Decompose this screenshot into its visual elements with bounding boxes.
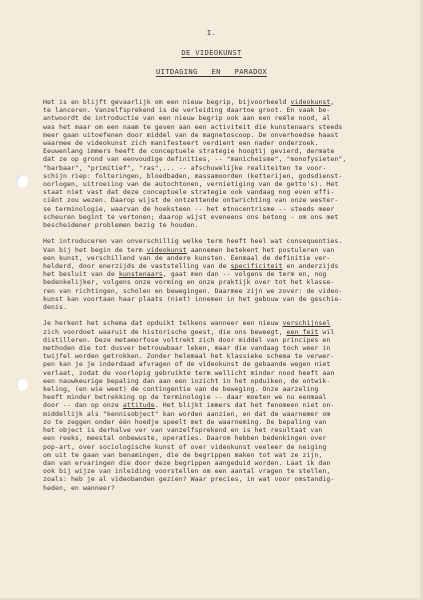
text-line: kunst kan voortaan haar plaats (niet) in… <box>43 295 403 303</box>
text-line: schijn riep: folteringen, bloedbaden, ma… <box>43 172 403 180</box>
text-line: het besluit van de kunstenaars, gaat men… <box>43 270 403 278</box>
underlined-term: verschijnsel <box>283 319 331 327</box>
text-segment: zo te zeggen onder één hoedje speelt met… <box>43 418 326 426</box>
text-line: Het is en blijft gevaarlijk om een nieuw… <box>43 98 403 106</box>
text-segment: Het introduceren van onverschillig welke… <box>43 237 342 245</box>
text-line: door -- dan op onze attitude. Het blijkt… <box>43 401 403 409</box>
text-line: om uit te gaan van benamingen, die de be… <box>43 451 403 459</box>
text-segment: ciënt zou wezen. Daarop wijst de ontzett… <box>43 196 338 204</box>
text-line: staat niet vast dat deze conceptuele str… <box>43 188 403 196</box>
text-line: "barbaar", "primitief", "ras",... -- afs… <box>43 164 403 172</box>
text-line: methoden die tot dusver betrouwbaar leke… <box>43 344 403 352</box>
text-segment: zich voordoet waaruit de historische gee… <box>43 328 286 336</box>
text-segment: heden, en wanneer? <box>43 484 115 492</box>
text-line: twijfel worden getrokken. Zonder helemaa… <box>43 352 403 360</box>
text-segment: meer gaan uitoefenen door middel van de … <box>43 131 338 139</box>
text-segment: denis. <box>43 303 67 311</box>
text-segment: ook bij wijze van inleiding voorstellen … <box>43 467 330 475</box>
text-segment: staat niet vast dat deze conceptuele str… <box>43 188 334 196</box>
punch-hole-top <box>16 174 28 188</box>
text-line: ook bij wijze van inleiding voorstellen … <box>43 467 403 475</box>
text-segment: pop-art, over sociologische kunst of ove… <box>43 443 326 451</box>
text-segment: was het maar om een naam te geven aan ee… <box>43 123 342 131</box>
underlined-term: videokunst <box>147 246 187 254</box>
text-segment: verlaat, zodat de voorlopig gebruikte te… <box>43 369 334 377</box>
typewritten-page: I. DE VIDEOKUNST UITDAGING EN PARADOX He… <box>0 0 423 600</box>
text-segment: kunst kan voortaan haar plaats (niet) in… <box>43 295 342 303</box>
text-segment: , gaat men dan -- volgens de term en, no… <box>163 270 327 278</box>
text-line: was het maar om een naam te geven aan ee… <box>43 123 403 131</box>
page-title: DE VIDEOKUNST <box>0 48 423 57</box>
text-segment: Van bij het begin de term <box>43 246 147 254</box>
underlined-term: attitude <box>123 401 155 409</box>
text-line: het object is derhalve ver van vanzelfsp… <box>43 426 403 434</box>
text-segment: "barbaar", "primitief", "ras",... -- afs… <box>43 164 326 172</box>
text-segment: keling, (en wie weet) de contingentie va… <box>43 385 318 393</box>
text-line: oorlogen, uitroeiing van de autochtonen,… <box>43 180 403 188</box>
text-line: scheuren begint te vertonen; daarop wijs… <box>43 213 403 221</box>
text-segment: heeft minder betrekking op de terminolog… <box>43 393 326 401</box>
paragraph: Je herkent het schema dat opduikt telken… <box>43 319 403 491</box>
text-segment: te lanceren. Vanzelfsprekend is de verle… <box>43 106 330 114</box>
text-segment: distilleren. Deze metamorfose voltrekt z… <box>43 336 330 344</box>
text-segment: se terminologie, waarvan de hoeksteen --… <box>43 205 334 213</box>
paragraph: Het is en blijft gevaarlijk om een nieuw… <box>43 98 403 229</box>
text-line: zo te zeggen onder één hoedje speelt met… <box>43 418 403 426</box>
body-text: Het is en blijft gevaarlijk om een nieuw… <box>43 98 403 500</box>
underlined-term: een feit <box>286 328 318 336</box>
text-segment: door -- dan op onze <box>43 401 123 409</box>
text-segment: wil <box>318 328 334 336</box>
text-line: Je herkent het schema dat opduikt telken… <box>43 319 403 327</box>
paragraph: Het introduceren van onverschillig welke… <box>43 237 403 311</box>
text-segment: een reeks, meestal onbewuste, operaties.… <box>43 434 326 442</box>
text-line: verlaat, zodat de voorlopig gebruikte te… <box>43 369 403 377</box>
text-segment: scheuren begint te vertonen; daarop wijs… <box>43 213 338 221</box>
text-segment: Het is en blijft gevaarlijk om een nieuw… <box>43 98 290 106</box>
text-segment: zoals: heb je al videobanden gezien? Waa… <box>43 475 334 483</box>
text-line: ren van richtingen, scholen en beweginge… <box>43 287 403 295</box>
text-line: Het introduceren van onverschillig welke… <box>43 237 403 245</box>
text-line: zich voordoet waaruit de historische gee… <box>43 328 403 336</box>
text-line: dan van ervaringen die door deze begripp… <box>43 459 403 467</box>
text-segment: , <box>330 98 334 106</box>
text-line: helderd, door enerzijds de vaststelling … <box>43 262 403 270</box>
text-segment: twijfel worden getrokken. Zonder helemaa… <box>43 352 334 360</box>
underlined-term: specificiteit <box>231 262 283 270</box>
text-segment: ren van richtingen, scholen en beweginge… <box>43 287 342 295</box>
text-line: Van bij het begin de term videokunst aan… <box>43 246 403 254</box>
text-segment: middellijk als "kennisobject" kan worden… <box>43 410 330 418</box>
text-line: zoals: heb je al videobanden gezien? Waa… <box>43 475 403 483</box>
underlined-term: videokunst <box>290 98 330 106</box>
text-segment: het besluit van de <box>43 270 119 278</box>
text-line: denis. <box>43 303 403 311</box>
text-line: se terminologie, waarvan de hoeksteen --… <box>43 205 403 213</box>
text-segment: een kunst, verschillend van de andere ku… <box>43 254 330 262</box>
text-segment: . Het blijkt immers dat het fenomeen nie… <box>155 401 335 409</box>
text-segment: een nauwkeurige bepaling dan aan een inz… <box>43 377 330 385</box>
text-line: een nauwkeurige bepaling dan aan een inz… <box>43 377 403 385</box>
text-segment: pen kan je je inderdaad afvragen of de v… <box>43 360 330 368</box>
text-segment: aannemen betekent het postuleren van <box>187 246 335 254</box>
text-segment: dan van ervaringen die door deze begripp… <box>43 459 330 467</box>
text-line: middellijk als "kennisobject" kan worden… <box>43 410 403 418</box>
text-segment: waarmee de videokunst zich manifesteert … <box>43 139 318 147</box>
text-line: bedenkelijker, volgens onze vorming en o… <box>43 278 403 286</box>
text-line: bescheidener problemen bezig te houden. <box>43 221 403 229</box>
text-line: pop-art, over sociologische kunst of ove… <box>43 443 403 451</box>
text-line: keling, (en wie weet) de contingentie va… <box>43 385 403 393</box>
page-subtitle-text: UITDAGING EN PARADOX <box>156 67 267 76</box>
text-segment: het object is derhalve ver van vanzelfsp… <box>43 426 322 434</box>
text-segment: om uit te gaan van benamingen, die de be… <box>43 451 322 459</box>
text-line: een kunst, verschillend van de andere ku… <box>43 254 403 262</box>
text-segment: Je herkent het schema dat opduikt telken… <box>43 319 283 327</box>
punch-hole-bottom <box>16 377 28 391</box>
text-segment: antwoordt de introductie van een nieuw b… <box>43 114 330 122</box>
text-segment: methoden die tot dusver betrouwbaar leke… <box>43 344 330 352</box>
text-segment: bescheidener problemen bezig te houden. <box>43 221 199 229</box>
text-line: ciënt zou wezen. Daarop wijst de ontzett… <box>43 196 403 204</box>
text-line: dat ze op grond van eenvoudige definitie… <box>43 155 403 163</box>
text-segment: bedenkelijker, volgens onze vorming en o… <box>43 278 334 286</box>
text-segment: Eeuwenlang immers heeft de conceptuele s… <box>43 147 334 155</box>
text-line: heden, en wanneer? <box>43 484 403 492</box>
text-line: antwoordt de introductie van een nieuw b… <box>43 114 403 122</box>
text-line: heeft minder betrekking op de terminolog… <box>43 393 403 401</box>
text-segment: schijn riep: folteringen, bloedbaden, ma… <box>43 172 342 180</box>
text-line: meer gaan uitoefenen door middel van de … <box>43 131 403 139</box>
text-segment: helderd, door enerzijds de vaststelling … <box>43 262 231 270</box>
text-segment: oorlogen, uitroeiing van de autochtonen,… <box>43 180 338 188</box>
text-segment: en anderzijds <box>283 262 339 270</box>
text-segment: dat ze op grond van eenvoudige definitie… <box>43 155 346 163</box>
page-title-text: DE VIDEOKUNST <box>181 48 241 57</box>
page-subtitle: UITDAGING EN PARADOX <box>0 67 423 76</box>
underlined-term: kunstenaars <box>119 270 163 278</box>
text-line: distilleren. Deze metamorfose voltrekt z… <box>43 336 403 344</box>
chapter-number: I. <box>0 28 423 37</box>
text-line: te lanceren. Vanzelfsprekend is de verle… <box>43 106 403 114</box>
text-line: waarmee de videokunst zich manifesteert … <box>43 139 403 147</box>
text-line: Eeuwenlang immers heeft de conceptuele s… <box>43 147 403 155</box>
text-line: een reeks, meestal onbewuste, operaties.… <box>43 434 403 442</box>
text-line: pen kan je je inderdaad afvragen of de v… <box>43 360 403 368</box>
